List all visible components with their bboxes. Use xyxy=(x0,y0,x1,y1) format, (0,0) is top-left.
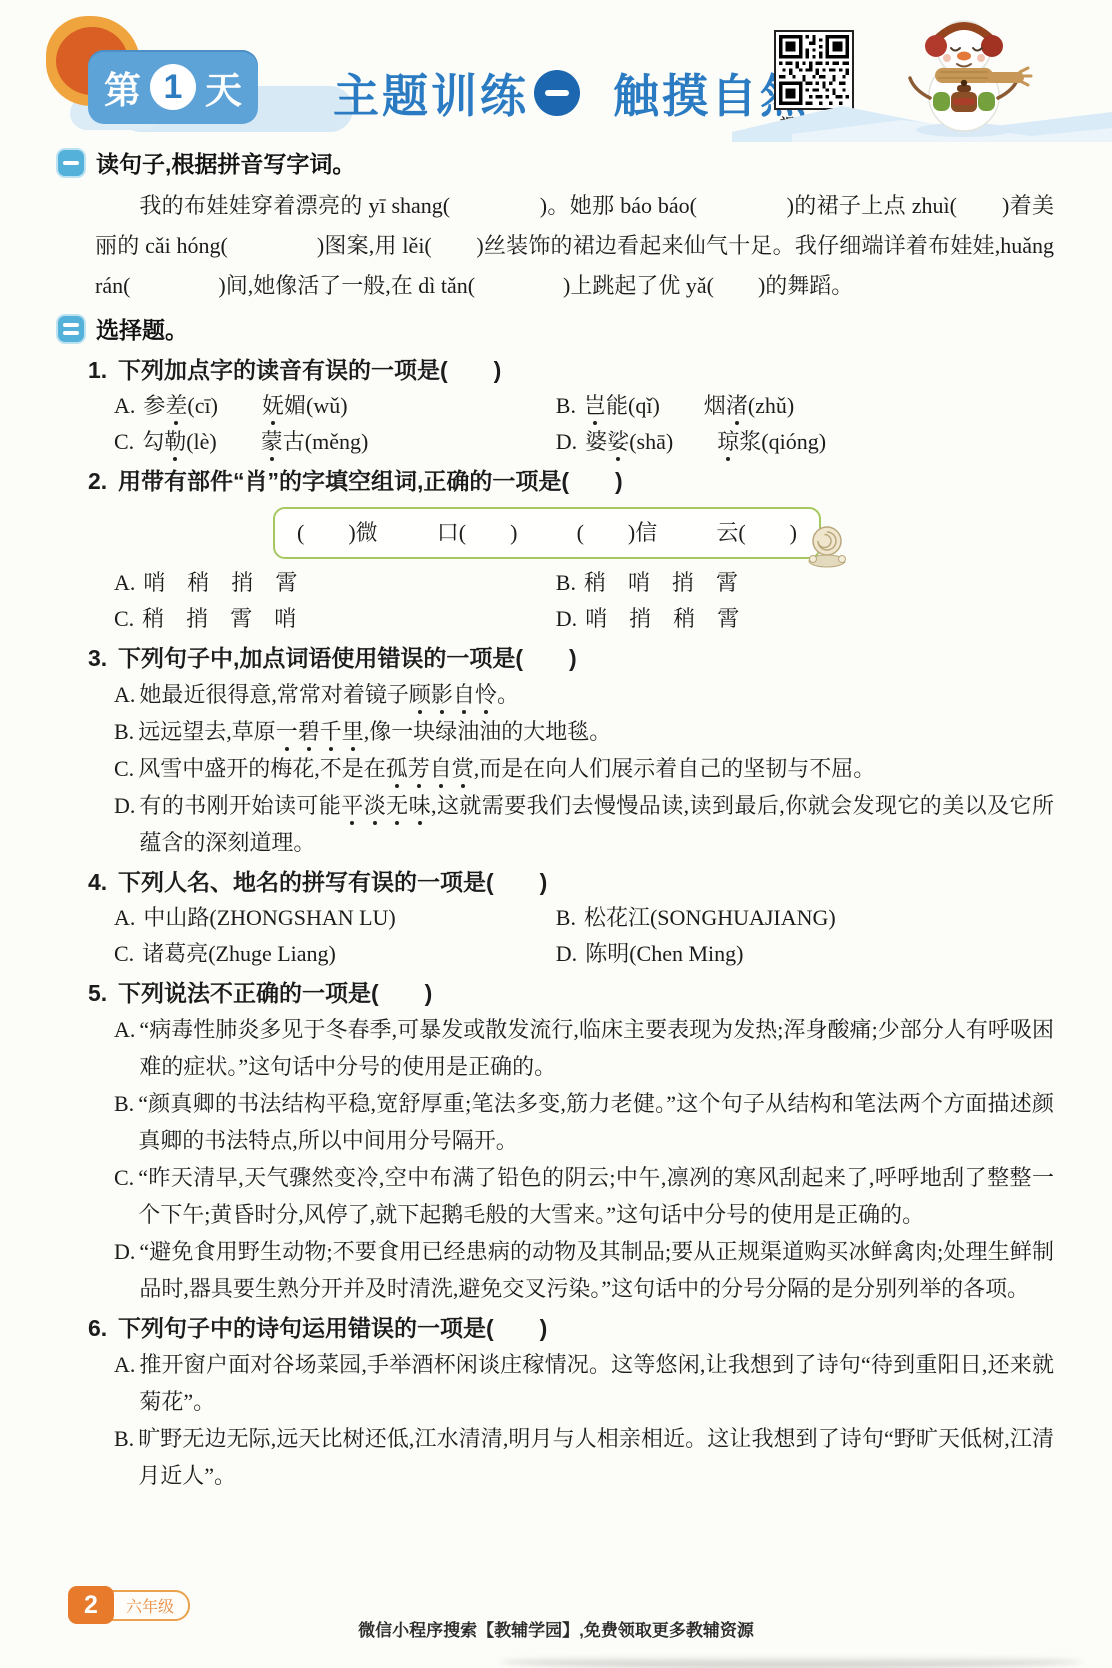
option-text: “昨天清早,天气骤然变冷,空中布满了铅色的阴云;中午,凛冽的寒风刮起来了,呼呼地… xyxy=(138,1159,1054,1233)
question-2-options: A.哨 稍 捎 霄 B.稍 哨 捎 霄 C.稍 捎 霄 哨 D.哨 捎 稍 霄 xyxy=(58,565,1054,637)
option-letter: A. xyxy=(114,905,135,930)
option-text: 松花江(SONGHUAJIANG) xyxy=(584,905,836,930)
snowman-illustration xyxy=(872,6,1062,138)
option-letter: D. xyxy=(556,941,577,966)
title-part1: 主题训练 xyxy=(333,60,529,126)
option-b: B.“颜真卿的书法结构平稳,宽舒厚重;笔法多变,筋力老健。”这个句子从结构和笔法… xyxy=(114,1085,1054,1159)
workbook-page: 第 1 天 主题训练 触摸自然 视频讲解 xyxy=(0,0,1112,1668)
title-number-circle-icon xyxy=(534,70,580,116)
page-number: 2 xyxy=(68,1586,114,1624)
option-letter: B. xyxy=(556,570,576,595)
question-2-stem: 2. 用带有部件“肖”的字填空组词,正确的一项是( ) xyxy=(58,463,1054,499)
fill-blank: 云( ) xyxy=(716,520,797,546)
fill-blank: 口( ) xyxy=(437,520,518,546)
fill-blank: ( )微 xyxy=(297,520,378,546)
question-5: 5. 下列说法不正确的一项是( ) A.“病毒性肺炎多见于冬春季,可暴发或散发流… xyxy=(58,975,1054,1307)
option-letter: A. xyxy=(114,676,135,713)
page-curl-shadow xyxy=(500,1656,1082,1668)
option-text: 中山路(ZHONGSHAN LU) xyxy=(143,905,395,930)
day-badge: 第 1 天 xyxy=(88,50,258,124)
option-text: 推开窗户面对谷场菜园,手举酒杯闲谈庄稼情况。这等悠闲,让我想到了诗句“待到重阳日… xyxy=(139,1346,1054,1420)
option-letter: A. xyxy=(114,1011,135,1085)
option-c: C.风雪中盛开的梅花,不是在孤芳自赏,而是在向人们展示着自己的坚韧与不屈。 xyxy=(114,750,1054,787)
option-text: 岂能(qǐ) 烟渚(zhǔ) xyxy=(584,393,794,418)
option-a: A.推开窗户面对谷场菜园,手举酒杯闲谈庄稼情况。这等悠闲,让我想到了诗句“待到重… xyxy=(114,1346,1054,1420)
option-letter: D. xyxy=(114,1233,135,1307)
option-text: 婆娑(shā) 琼浆(qióng) xyxy=(585,429,826,454)
question-1-text: 下列加点字的读音有误的一项是( ) xyxy=(118,352,501,388)
option-letter: D. xyxy=(556,429,577,454)
option-d: D.陈明(Chen Ming) xyxy=(556,936,1054,972)
option-a: A.她最近很得意,常常对着镜子顾影自怜。 xyxy=(114,676,1054,713)
question-6-options: A.推开窗户面对谷场菜园,手举酒杯闲谈庄稼情况。这等悠闲,让我想到了诗句“待到重… xyxy=(58,1346,1054,1494)
option-text: 勾勒(lè) 蒙古(měng) xyxy=(142,429,368,454)
question-3-number: 3. xyxy=(58,640,118,676)
option-b: B.旷野无边无际,远天比树还低,江水清清,明月与人相亲相近。这让我想到了诗句“野… xyxy=(114,1420,1054,1494)
option-text: 她最近很得意,常常对着镜子顾影自怜。 xyxy=(139,676,1054,713)
option-b: B.稍 哨 捎 霄 xyxy=(556,565,1054,601)
option-text: 远远望去,草原一碧千里,像一块绿油油的大地毯。 xyxy=(138,713,1054,750)
option-a: A.参差(cī) 妩媚(wǔ) xyxy=(114,388,556,424)
day-badge-prefix: 第 xyxy=(104,60,141,114)
pinyin-paragraph-text: 我的布娃娃穿着漂亮的 yī shang( )。她那 báo báo( )的裙子上… xyxy=(95,193,1054,298)
option-text: 风雪中盛开的梅花,不是在孤芳自赏,而是在向人们展示着自己的坚韧与不屈。 xyxy=(138,750,1054,787)
option-c: C.“昨天清早,天气骤然变冷,空中布满了铅色的阴云;中午,凛冽的寒风刮起来了,呼… xyxy=(114,1159,1054,1233)
option-a: A.中山路(ZHONGSHAN LU) xyxy=(114,900,556,936)
question-6: 6. 下列句子中的诗句运用错误的一项是( ) A.推开窗户面对谷场菜园,手举酒杯… xyxy=(58,1310,1054,1494)
option-text: 陈明(Chen Ming) xyxy=(585,941,743,966)
option-b: B.远远望去,草原一碧千里,像一块绿油油的大地毯。 xyxy=(114,713,1054,750)
footer-promo-text: 微信小程序搜索【教辅学园】,免费领取更多教辅资源 xyxy=(0,1616,1112,1641)
option-a: A.哨 稍 捎 霄 xyxy=(114,565,556,601)
option-text: 哨 稍 捎 霄 xyxy=(143,570,297,595)
question-6-stem: 6. 下列句子中的诗句运用错误的一项是( ) xyxy=(58,1310,1054,1346)
question-3-options: A.她最近很得意,常常对着镜子顾影自怜。 B.远远望去,草原一碧千里,像一块绿油… xyxy=(58,676,1054,861)
option-letter: B. xyxy=(556,393,576,418)
option-c: C.诸葛亮(Zhuge Liang) xyxy=(114,936,556,972)
day-badge-suffix: 天 xyxy=(205,60,242,114)
option-b: B.岂能(qǐ) 烟渚(zhǔ) xyxy=(556,388,1054,424)
option-text: “避免食用野生动物;不要食用已经患病的动物及其制品;要从正规渠道购买冰鲜禽肉;处… xyxy=(139,1233,1054,1307)
option-letter: A. xyxy=(114,393,135,418)
question-2-number: 2. xyxy=(58,463,118,499)
exercise-1-title: 读句子,根据拼音写字词。 xyxy=(96,146,355,179)
option-letter: B. xyxy=(114,1420,134,1494)
option-text: 有的书刚开始读可能平淡无味,这就需要我们去慢慢品读,读到最后,你就会发现它的美以… xyxy=(139,787,1054,861)
option-c: C.稍 捎 霄 哨 xyxy=(114,601,556,637)
question-5-number: 5. xyxy=(58,975,118,1011)
option-letter: C. xyxy=(114,606,134,631)
question-4: 4. 下列人名、地名的拼写有误的一项是( ) A.中山路(ZHONGSHAN L… xyxy=(58,864,1054,972)
question-1: 1. 下列加点字的读音有误的一项是( ) A.参差(cī) 妩媚(wǔ) B.岂… xyxy=(58,352,1054,460)
option-text: 稍 捎 霄 哨 xyxy=(142,606,296,631)
option-letter: D. xyxy=(556,606,577,631)
option-letter: C. xyxy=(114,750,134,787)
option-b: B.松花江(SONGHUAJIANG) xyxy=(556,900,1054,936)
snail-shell-icon xyxy=(801,521,853,569)
option-a: A.“病毒性肺炎多见于冬春季,可暴发或散发流行,临床主要表现为发热;浑身酸痛;少… xyxy=(114,1011,1054,1085)
option-letter: B. xyxy=(114,713,134,750)
question-2: 2. 用带有部件“肖”的字填空组词,正确的一项是( ) ( )微 口( ) ( … xyxy=(58,463,1054,637)
section-two-tag-icon xyxy=(58,316,84,342)
option-letter: A. xyxy=(114,570,135,595)
option-d: D.哨 捎 稍 霄 xyxy=(556,601,1054,637)
question-5-options: A.“病毒性肺炎多见于冬春季,可暴发或散发流行,临床主要表现为发热;浑身酸痛;少… xyxy=(58,1011,1054,1307)
exercise-1-header: 读句子,根据拼音写字词。 xyxy=(58,146,1054,179)
option-letter: C. xyxy=(114,1159,134,1233)
pinyin-paragraph: 我的布娃娃穿着漂亮的 yī shang( )。她那 báo báo( )的裙子上… xyxy=(58,186,1054,306)
option-letter: B. xyxy=(114,1085,134,1159)
option-letter: C. xyxy=(114,941,134,966)
question-4-options: A.中山路(ZHONGSHAN LU) B.松花江(SONGHUAJIANG) … xyxy=(58,900,1054,972)
exercise-2-header: 选择题。 xyxy=(58,312,1054,345)
section-one-tag-icon xyxy=(58,150,84,176)
question-4-stem: 4. 下列人名、地名的拼写有误的一项是( ) xyxy=(58,864,1054,900)
question-3-text: 下列句子中,加点词语使用错误的一项是( ) xyxy=(118,640,577,676)
option-letter: C. xyxy=(114,429,134,454)
option-c: C.勾勒(lè) 蒙古(měng) xyxy=(114,424,556,460)
option-text: 旷野无边无际,远天比树还低,江水清清,明月与人相亲相近。这让我想到了诗句“野旷天… xyxy=(138,1420,1054,1494)
question-5-stem: 5. 下列说法不正确的一项是( ) xyxy=(58,975,1054,1011)
option-d: D.“避免食用野生动物;不要食用已经患病的动物及其制品;要从正规渠道购买冰鲜禽肉… xyxy=(114,1233,1054,1307)
option-letter: B. xyxy=(556,905,576,930)
option-text: “病毒性肺炎多见于冬春季,可暴发或散发流行,临床主要表现为发热;浑身酸痛;少部分… xyxy=(139,1011,1054,1085)
exercise-2-title: 选择题。 xyxy=(96,312,188,345)
option-text: 哨 捎 稍 霄 xyxy=(585,606,739,631)
question-1-stem: 1. 下列加点字的读音有误的一项是( ) xyxy=(58,352,1054,388)
question-4-text: 下列人名、地名的拼写有误的一项是( ) xyxy=(118,864,547,900)
question-1-options: A.参差(cī) 妩媚(wǔ) B.岂能(qǐ) 烟渚(zhǔ) C.勾勒(lè… xyxy=(58,388,1054,460)
option-d: D.有的书刚开始读可能平淡无味,这就需要我们去慢慢品读,读到最后,你就会发现它的… xyxy=(114,787,1054,861)
fill-blank: ( )信 xyxy=(577,520,658,546)
option-letter: A. xyxy=(114,1346,135,1420)
question-5-text: 下列说法不正确的一项是( ) xyxy=(118,975,432,1011)
option-text: 参差(cī) 妩媚(wǔ) xyxy=(143,393,347,418)
option-d: D.婆娑(shā) 琼浆(qióng) xyxy=(556,424,1054,460)
option-text: 诸葛亮(Zhuge Liang) xyxy=(142,941,336,966)
option-letter: D. xyxy=(114,787,135,861)
question-2-text: 用带有部件“肖”的字填空组词,正确的一项是( ) xyxy=(118,463,623,499)
question-6-text: 下列句子中的诗句运用错误的一项是( ) xyxy=(118,1310,547,1346)
question-6-number: 6. xyxy=(58,1310,118,1346)
day-number: 1 xyxy=(150,64,196,110)
option-text: 稍 哨 捎 霄 xyxy=(584,570,738,595)
question-1-number: 1. xyxy=(58,352,118,388)
question-4-number: 4. xyxy=(58,864,118,900)
q2-fill-in-box: ( )微 口( ) ( )信 云( ) xyxy=(273,507,821,559)
worksheet-content: 读句子,根据拼音写字词。 我的布娃娃穿着漂亮的 yī shang( )。她那 b… xyxy=(58,146,1054,1494)
question-3-stem: 3. 下列句子中,加点词语使用错误的一项是( ) xyxy=(58,640,1054,676)
option-text: “颜真卿的书法结构平稳,宽舒厚重;笔法多变,筋力老健。”这个句子从结构和笔法两个… xyxy=(138,1085,1054,1159)
question-3: 3. 下列句子中,加点词语使用错误的一项是( ) A.她最近很得意,常常对着镜子… xyxy=(58,640,1054,861)
